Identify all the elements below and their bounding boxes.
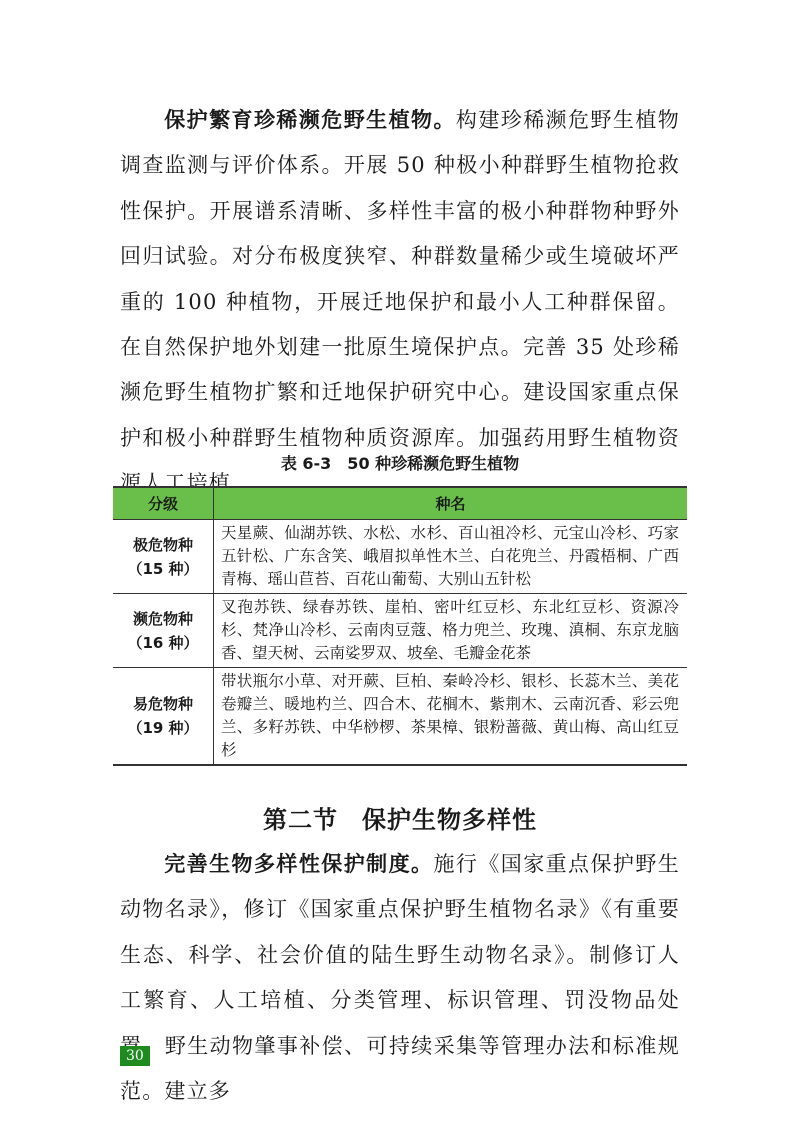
level-cell: 极危物种（15 种）: [113, 520, 214, 594]
species-table: 分级 种名 极危物种（15 种） 天星蕨、仙湖苏铁、水松、水杉、百山祖冷杉、元宝…: [113, 486, 687, 766]
paragraph-lead: 完善生物多样性保护制度。: [164, 851, 433, 876]
table-caption: 表 6-3 50 种珍稀濒危野生植物: [0, 451, 800, 474]
species-names-cell: 天星蕨、仙湖苏铁、水松、水杉、百山祖冷杉、元宝山冷杉、巧家五针松、广东含笑、峨眉…: [214, 520, 688, 594]
level-label: 濒危物种: [133, 610, 193, 628]
species-names-cell: 带状瓶尔小草、对开蕨、巨柏、秦岭冷杉、银杉、长蕊木兰、美花卷瓣兰、暖地杓兰、四合…: [214, 668, 688, 766]
table-header-row: 分级 种名: [113, 487, 687, 520]
table-row: 易危物种（19 种） 带状瓶尔小草、对开蕨、巨柏、秦岭冷杉、银杉、长蕊木兰、美花…: [113, 668, 687, 766]
header-level: 分级: [113, 487, 214, 520]
table-row: 濒危物种（16 种） 叉孢苏铁、绿春苏铁、崖柏、密叶红豆杉、东北红豆杉、资源冷杉…: [113, 594, 687, 668]
level-label: 易危物种: [133, 695, 193, 713]
section-title: 保护生物多样性: [362, 806, 537, 834]
paragraph-body: 构建珍稀濒危野生植物调查监测与评价体系。开展 50 种极小种群野生植物抢救性保护…: [120, 108, 680, 495]
section-heading: 第二节保护生物多样性: [0, 800, 800, 835]
paragraph-biodiversity-system: 完善生物多样性保护制度。施行《国家重点保护野生动物名录》，修订《国家重点保护野生…: [120, 841, 680, 1114]
level-cell: 易危物种（19 种）: [113, 668, 214, 766]
paragraph-plant-protection: 保护繁育珍稀濒危野生植物。构建珍稀濒危野生植物调查监测与评价体系。开展 50 种…: [120, 97, 680, 507]
level-cell: 濒危物种（16 种）: [113, 594, 214, 668]
level-count: （19 种）: [127, 719, 198, 737]
header-species: 种名: [214, 487, 688, 520]
page-number: 30: [120, 1046, 150, 1066]
paragraph-lead: 保护繁育珍稀濒危野生植物。: [164, 107, 456, 132]
level-count: （15 种）: [127, 560, 198, 578]
species-names-cell: 叉孢苏铁、绿春苏铁、崖柏、密叶红豆杉、东北红豆杉、资源冷杉、梵净山冷杉、云南肉豆…: [214, 594, 688, 668]
table-row: 极危物种（15 种） 天星蕨、仙湖苏铁、水松、水杉、百山祖冷杉、元宝山冷杉、巧家…: [113, 520, 687, 594]
paragraph-body: 施行《国家重点保护野生动物名录》，修订《国家重点保护野生植物名录》《有重要生态、…: [120, 852, 680, 1103]
level-label: 极危物种: [133, 536, 193, 554]
section-number: 第二节: [263, 806, 338, 834]
level-count: （16 种）: [127, 634, 198, 652]
